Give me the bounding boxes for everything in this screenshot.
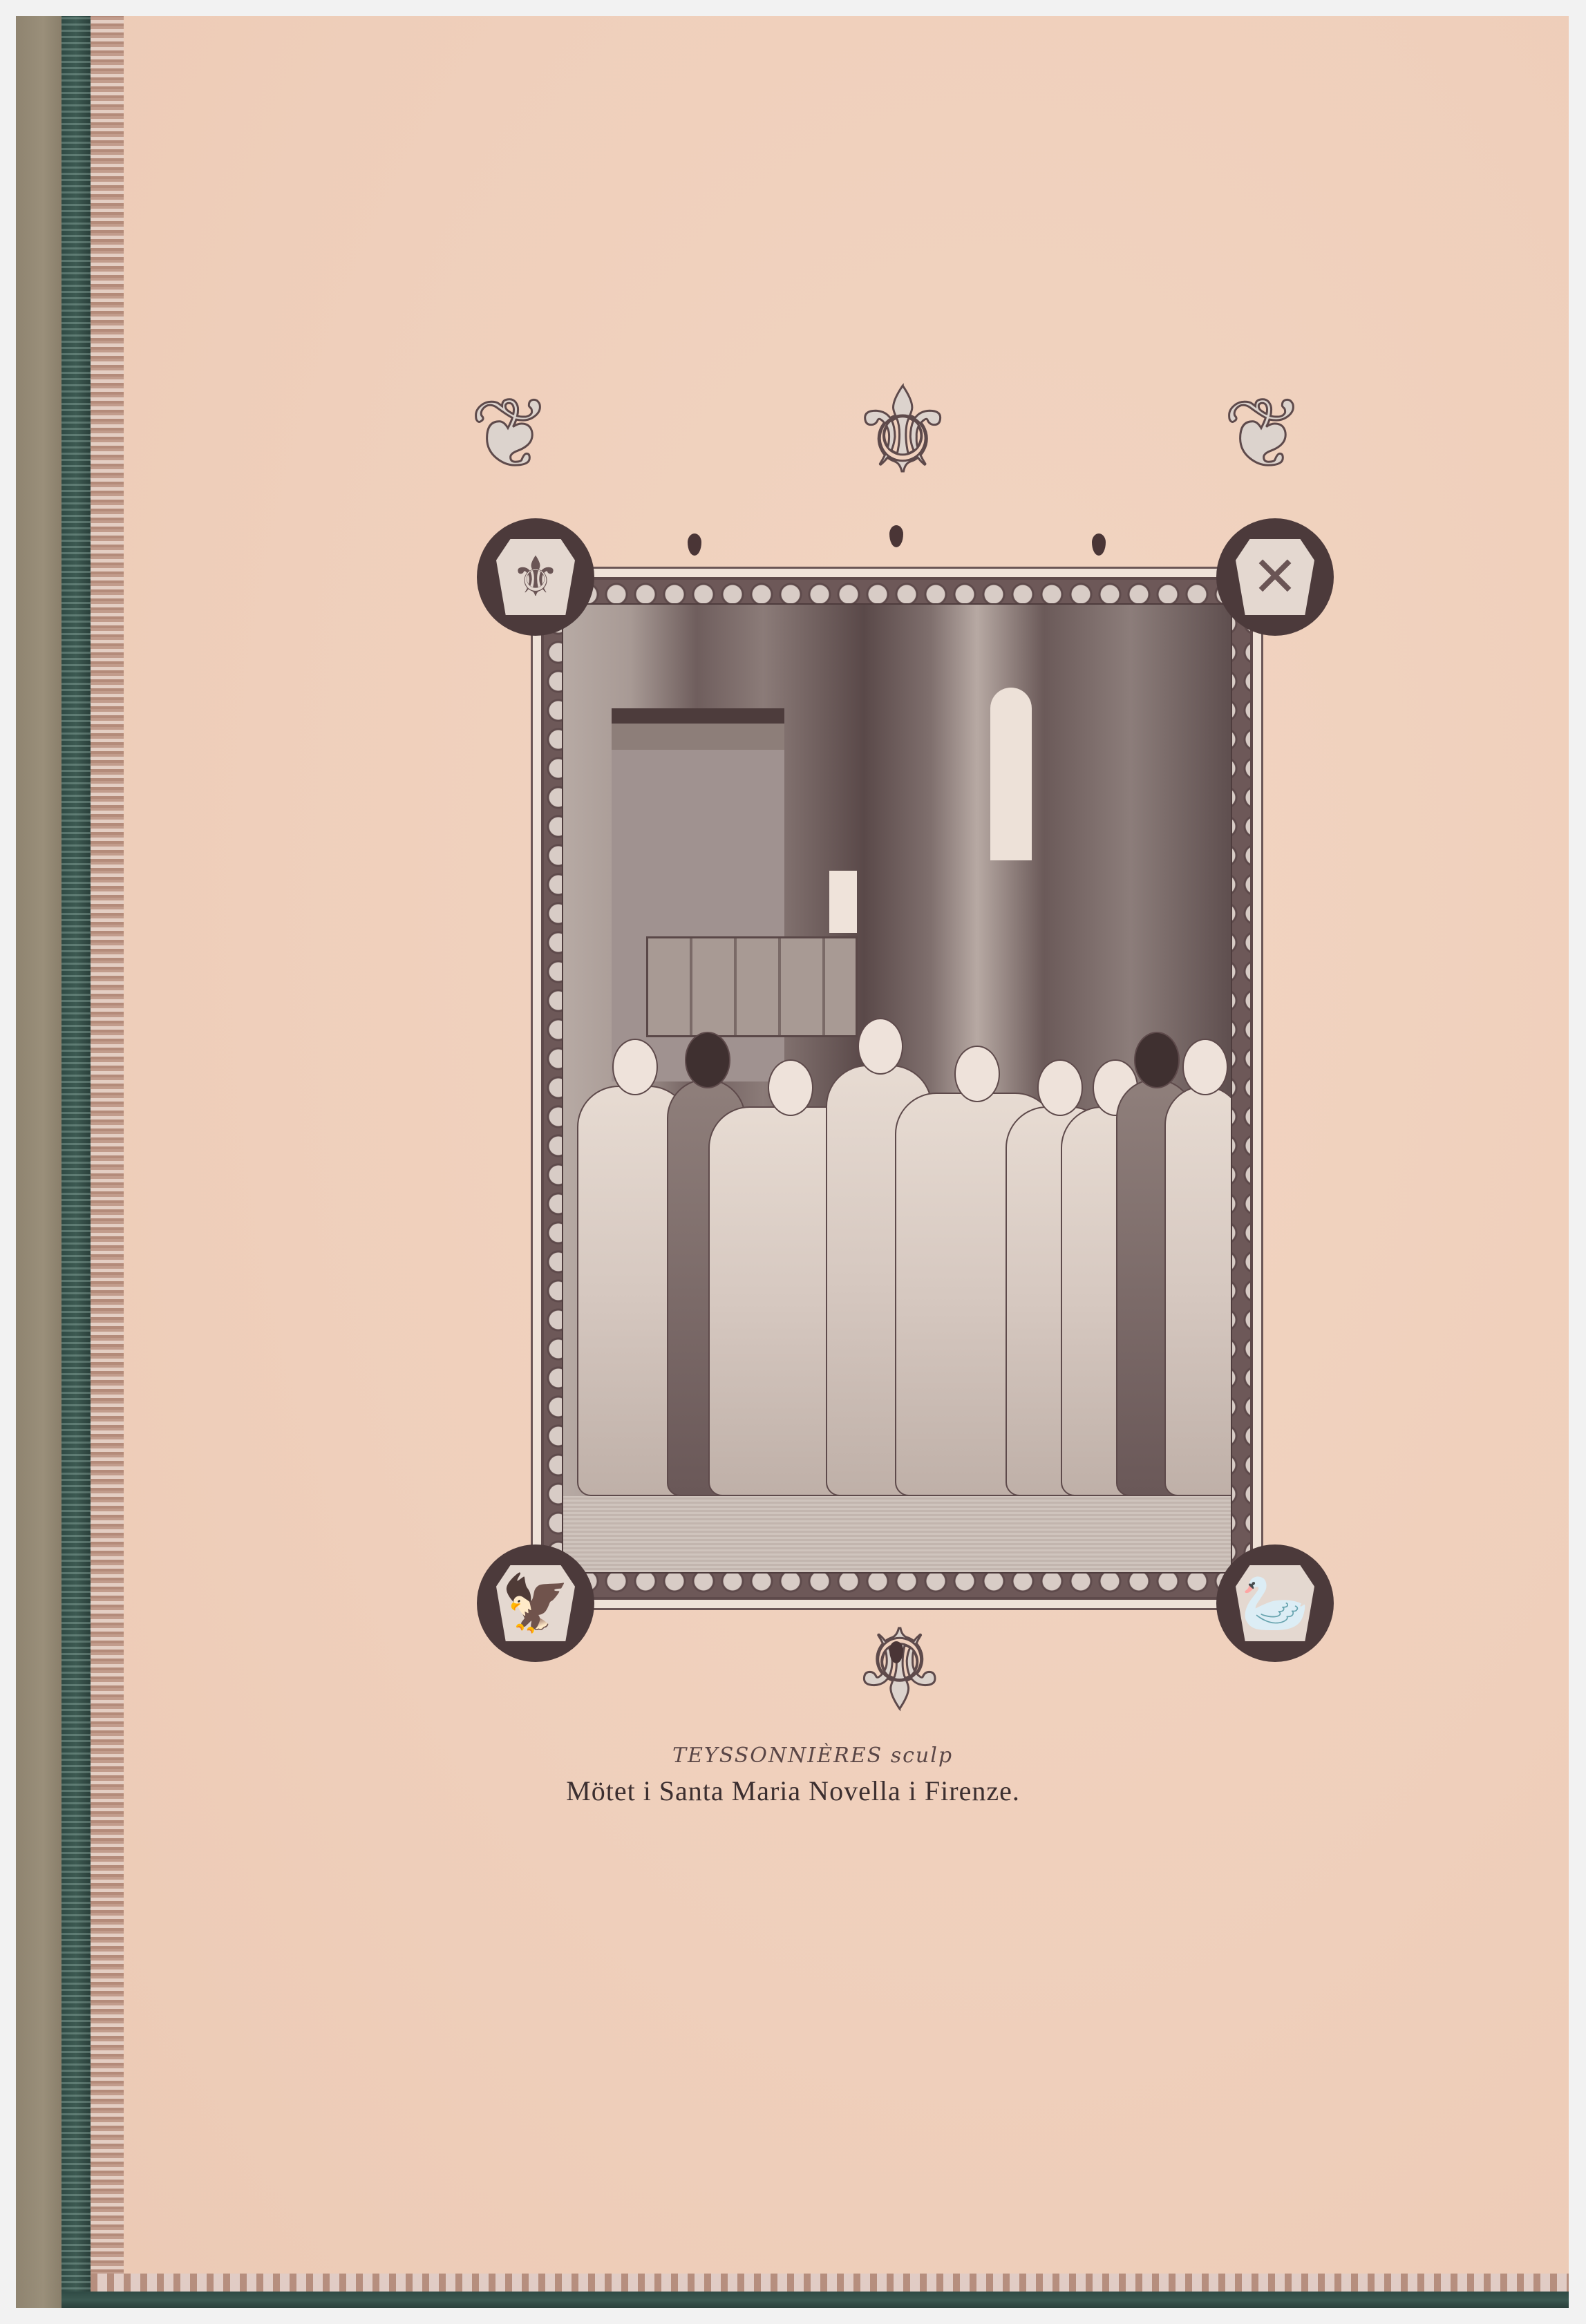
figure-head — [685, 1032, 730, 1088]
green-cloth-bottom — [62, 2292, 1569, 2308]
church-interior-scene — [562, 603, 1232, 1574]
arched-window — [990, 688, 1032, 860]
teardrop-ornament-icon — [889, 525, 903, 547]
swan-icon: 🦢 — [1236, 1565, 1314, 1641]
marbled-endpaper-strip — [91, 16, 124, 2308]
figure-head — [612, 1039, 658, 1095]
engraved-plate: ❦ ⚜ ❦ ⚜ TEYSSONNIÈRES sculp — [408, 387, 1375, 1741]
figure-head — [858, 1018, 903, 1075]
figure-head — [1134, 1032, 1180, 1088]
ornamental-frame: TEYSSONNIÈRES sculp — [531, 567, 1263, 1610]
figure-head — [768, 1059, 813, 1116]
corner-crest-top-right-icon: ❦ — [1223, 387, 1304, 484]
saltire-cross-icon: ✕ — [1236, 539, 1314, 615]
teardrop-ornament-icon — [1092, 533, 1106, 556]
roundel-bottom-left: 🦅 — [477, 1544, 594, 1662]
center-crest-bottom-icon: ⚜ — [850, 1610, 949, 1721]
group-of-figures — [563, 1019, 1231, 1544]
eagle-icon: 🦅 — [496, 1565, 575, 1641]
figure-head — [954, 1046, 1000, 1102]
engraver-signature: TEYSSONNIÈRES sculp — [672, 1744, 953, 1768]
small-window — [829, 871, 857, 933]
marbled-endpaper-bottom — [91, 2274, 1569, 2292]
fleur-de-lis-icon: ⚜ — [496, 539, 575, 615]
roundel-top-left: ⚜ — [477, 518, 594, 636]
green-cloth-spine — [62, 16, 91, 2308]
plate-caption: Mötet i Santa Maria Novella i Firenze. — [0, 1775, 1586, 1807]
figure-head — [1037, 1059, 1083, 1116]
teardrop-ornament-icon — [688, 533, 701, 556]
figure-man-staff — [1164, 1086, 1232, 1496]
roundel-bottom-right: 🦢 — [1216, 1544, 1334, 1662]
roundel-top-right: ✕ — [1216, 518, 1334, 636]
book-cover-edge — [16, 16, 62, 2308]
figure-head — [1182, 1039, 1228, 1095]
center-crest-top-icon: ⚜ — [850, 373, 955, 491]
corner-crest-top-left-icon: ❦ — [470, 387, 551, 484]
